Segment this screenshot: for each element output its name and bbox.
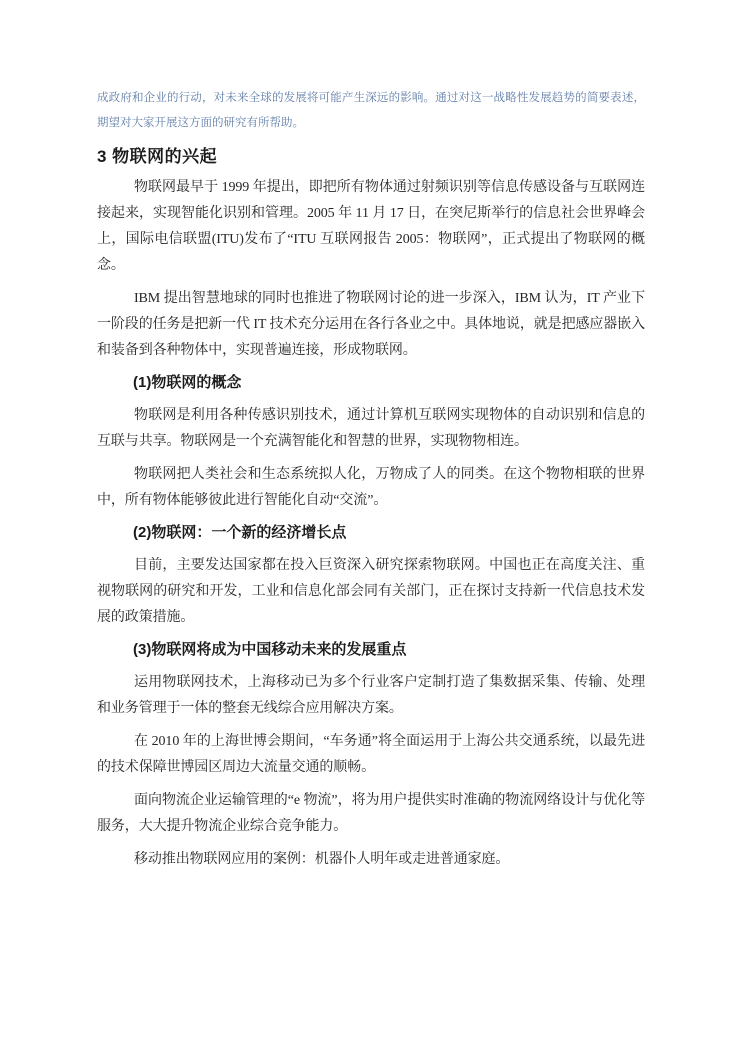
paragraph-shanghai-mobile-solution: 运用物联网技术，上海移动已为多个行业客户定制打造了集数据采集、传输、处理和业务管… <box>97 670 645 722</box>
continuation-paragraph: 成政府和企业的行动，对未来全球的发展将可能产生深远的影响。通过对这一战略性发展趋… <box>97 86 645 136</box>
paragraph-e-logistics: 面向物流企业运输管理的“e 物流”，将为用户提供实时准确的物流网络设计与优化等服… <box>97 788 645 840</box>
subheading-china-mobile-focus: (3)物联网将成为中国移动未来的发展重点 <box>97 637 645 663</box>
chapter-heading: 3 物联网的兴起 <box>97 146 645 168</box>
paragraph-concept-definition: 物联网是利用各种传感识别技术，通过计算机互联网实现物体的自动识别和信息的互联与共… <box>97 403 645 455</box>
paragraph-robot-servant-case: 移动推出物联网应用的案例：机器仆人明年或走进普通家庭。 <box>97 847 645 873</box>
document-page: 成政府和企业的行动，对未来全球的发展将可能产生深远的影响。通过对这一战略性发展趋… <box>0 0 744 1052</box>
paragraph-national-investment: 目前，主要发达国家都在投入巨资深入研究探索物联网。中国也正在高度关注、重视物联网… <box>97 553 645 631</box>
paragraph-concept-personify: 物联网把人类社会和生态系统拟人化，万物成了人的同类。在这个物物相联的世界中，所有… <box>97 462 645 514</box>
subheading-economic-growth-point: (2)物联网：一个新的经济增长点 <box>97 520 645 546</box>
subheading-iot-concept: (1)物联网的概念 <box>97 370 645 396</box>
paragraph-iot-origin: 物联网最早于 1999 年提出，即把所有物体通过射频识别等信息传感设备与互联网连… <box>97 175 645 279</box>
paragraph-expo-chewutong: 在 2010 年的上海世博会期间，“车务通”将全面运用于上海公共交通系统，以最先… <box>97 729 645 781</box>
paragraph-ibm-smart-planet: IBM 提出智慧地球的同时也推进了物联网讨论的进一步深入，IBM 认为，IT 产… <box>97 286 645 364</box>
